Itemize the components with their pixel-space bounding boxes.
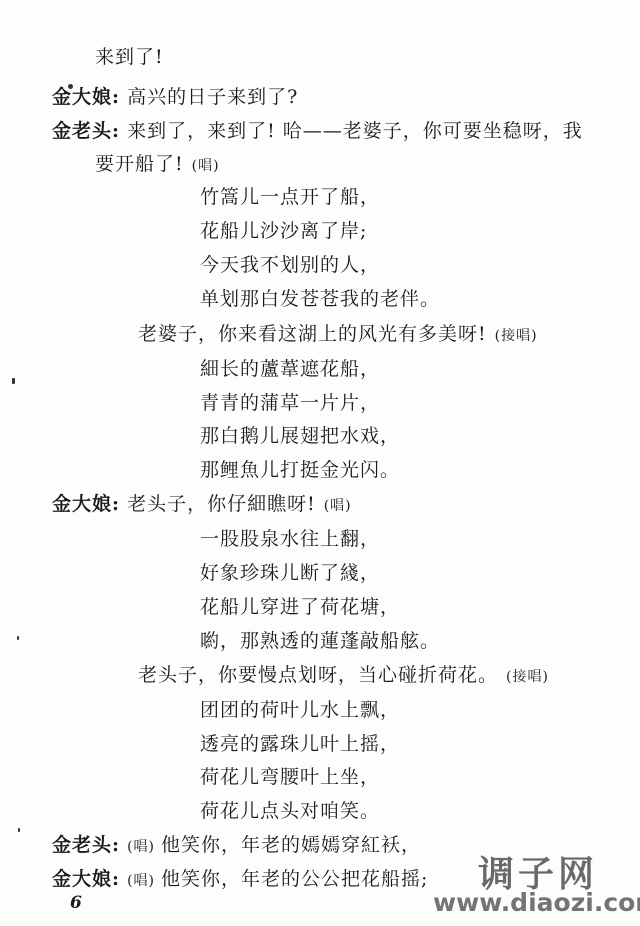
stage-cue: (唱) [192,158,220,174]
lyric-line: 老头子，你要慢点划呀，当心碰折荷花。(接唱) [138,664,549,688]
line-text: 老头子，你仔細瞧呀! [127,493,316,515]
lyric-line: 竹篙儿一点开了船， [200,186,380,208]
lyric-line: 团团的荷叶儿水上飘， [200,699,400,721]
lyric-line: 来到了! [95,46,164,68]
dialogue-line: 金老头: (唱)他笑你，年老的嫣嫣穿紅袄， [52,834,421,858]
line-text: 今天我不划别的人， [200,254,380,276]
line-text: 他笑你，年老的公公把花船摇; [161,868,428,890]
lyric-line: 今天我不划别的人， [200,254,380,276]
dialogue-line: 金大娘: 老头子，你仔細瞧呀!(唱) [52,493,352,517]
dialogue-line: 金大娘: 高兴的日子来到了? [52,86,298,108]
lyric-line: 花船儿穿进了荷花塘， [200,596,400,618]
lyric-line: 花船儿沙沙离了岸; [200,220,367,242]
lyric-line: 要开船了!(唱) [95,153,220,177]
line-text: 老头子，你要慢点划呀，当心碰折荷花。 [138,664,498,686]
lyric-line: 荷花儿弯腰叶上坐， [200,766,380,788]
watermark-url: www.diaozi.com [433,888,640,917]
lyric-line: 一股股泉水往上翻， [200,528,380,550]
line-text: 高兴的日子来到了? [127,86,298,108]
line-text: 荷花儿弯腰叶上坐， [200,766,380,788]
line-text: 花船儿沙沙离了岸; [200,220,367,242]
lyric-line: 青青的蒲草一片片， [200,392,380,414]
line-text: 那鲤魚儿打挺金光闪。 [200,459,400,481]
line-text: 一股股泉水往上翻， [200,528,380,550]
scan-speck [17,636,19,640]
lyric-line: 老婆子，你来看这湖上的风光有多美呀!(接唱) [138,323,538,347]
speaker-name: 金大娘: [52,86,120,108]
line-text: 要开船了! [95,153,184,175]
scan-speck [68,84,73,89]
line-text: 喲，那熟透的蓮蓬敲船舷。 [200,630,440,652]
stage-cue: (唱) [127,839,155,855]
line-text: 来到了! [95,46,164,68]
line-text: 老婆子，你来看这湖上的风光有多美呀! [138,323,487,345]
dialogue-line: 金老头: 来到了，来到了! 哈——老婆子，你可要坐稳呀，我 [52,120,583,142]
stage-cue: (接唱) [506,669,549,685]
line-text: 細长的蘆葦遮花船， [200,358,380,380]
stage-cue: (唱) [324,498,352,514]
lyric-line: 細长的蘆葦遮花船， [200,358,380,380]
line-text: 来到了，来到了! 哈——老婆子，你可要坐稳呀，我 [127,120,583,142]
line-text: 好象珍珠儿断了綫， [200,562,380,584]
lyric-line: 那鲤魚儿打挺金光闪。 [200,459,400,481]
line-text: 荷花儿点头对咱笑。 [200,800,380,822]
line-text: 花船儿穿进了荷花塘， [200,596,400,618]
scan-speck [12,378,15,384]
lyric-line: 喲，那熟透的蓮蓬敲船舷。 [200,630,440,652]
line-text: 透亮的露珠儿叶上摇， [200,733,400,755]
speaker-name: 金老头: [52,120,120,142]
page-number: 6 [70,893,82,913]
scan-speck [18,828,20,832]
dialogue-line: 金大娘: (唱)他笑你，年老的公公把花船摇; [52,868,428,892]
lyric-line: 荷花儿点头对咱笑。 [200,800,380,822]
line-text: 单划那白发苍苍我的老伴。 [200,288,440,310]
line-text: 青青的蒲草一片片， [200,392,380,414]
lyric-line: 好象珍珠儿断了綫， [200,562,380,584]
lyric-line: 单划那白发苍苍我的老伴。 [200,288,440,310]
lyric-line: 那白鹅儿展翅把水戏， [200,425,400,447]
stage-cue: (唱) [127,873,155,889]
line-text: 竹篙儿一点开了船， [200,186,380,208]
lyric-line: 透亮的露珠儿叶上摇， [200,733,400,755]
line-text: 团团的荷叶儿水上飘， [200,699,400,721]
line-text: 那白鹅儿展翅把水戏， [200,425,400,447]
line-text: 他笑你，年老的嫣嫣穿紅袄， [161,834,421,856]
speaker-name: 金大娘: [52,493,120,515]
speaker-name: 金大娘: [52,868,120,890]
speaker-name: 金老头: [52,834,120,856]
stage-cue: (接唱) [495,328,538,344]
